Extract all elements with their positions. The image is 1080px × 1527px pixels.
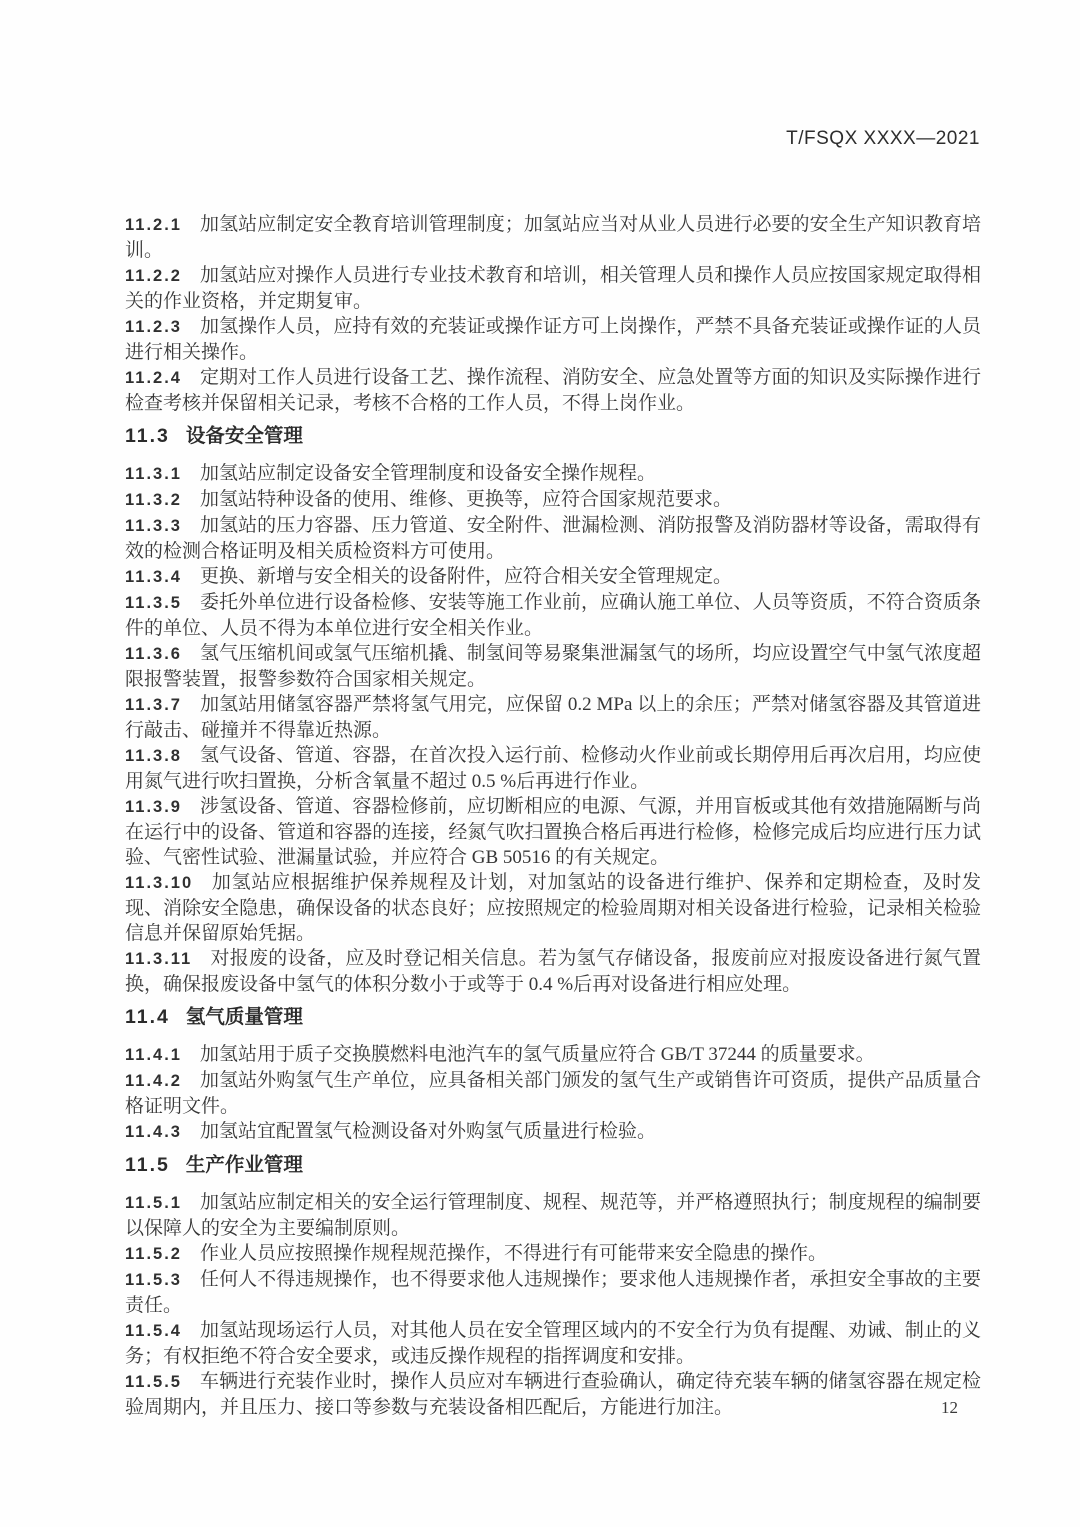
clause-11-4-1: 11.4.1加氢站用于质子交换膜燃料电池汽车的氢气质量应符合 GB/T 3724… bbox=[125, 1042, 981, 1068]
clause-number: 11.3.5 bbox=[125, 594, 182, 612]
clause-11-4-3: 11.4.3加氢站宜配置氢气检测设备对外购氢气质量进行检验。 bbox=[125, 1119, 981, 1145]
section-heading-11-3: 11.3设备安全管理 bbox=[125, 424, 981, 449]
clause-11-2-1: 11.2.1加氢站应制定安全教育培训管理制度；加氢站应当对从业人员进行必要的安全… bbox=[125, 212, 981, 263]
clause-number: 11.3.9 bbox=[125, 798, 182, 816]
clause-11-3-1: 11.3.1加氢站应制定设备安全管理制度和设备安全操作规程。 bbox=[125, 461, 981, 487]
clause-text: 加氢站现场运行人员，对其他人员在安全管理区域内的不安全行为负有提醒、劝诫、制止的… bbox=[125, 1320, 981, 1367]
clause-text: 定期对工作人员进行设备工艺、操作流程、消防安全、应急处置等方面的知识及实际操作进… bbox=[125, 367, 981, 414]
clause-text: 加氢站用储氢容器严禁将氢气用完，应保留 0.2 MPa 以上的余压；严禁对储氢容… bbox=[125, 694, 981, 741]
clause-11-3-4: 11.3.4更换、新增与安全相关的设备附件，应符合相关安全管理规定。 bbox=[125, 564, 981, 590]
clause-11-3-9: 11.3.9涉氢设备、管道、容器检修前，应切断相应的电源、气源，并用盲板或其他有… bbox=[125, 794, 981, 870]
clause-number: 11.3.6 bbox=[125, 645, 182, 663]
section-number: 11.5 bbox=[125, 1154, 170, 1176]
clause-number: 11.5.5 bbox=[125, 1373, 182, 1391]
section-number: 11.4 bbox=[125, 1006, 170, 1028]
clause-number: 11.3.2 bbox=[125, 491, 182, 509]
clause-11-3-3: 11.3.3加氢站的压力容器、压力管道、安全附件、泄漏检测、消防报警及消防器材等… bbox=[125, 513, 981, 564]
clause-number: 11.2.4 bbox=[125, 369, 182, 387]
section-heading-11-4: 11.4氢气质量管理 bbox=[125, 1005, 981, 1030]
clause-text: 加氢站应对操作人员进行专业技术教育和培训，相关管理人员和操作人员应按国家规定取得… bbox=[125, 265, 981, 312]
section-number: 11.3 bbox=[125, 425, 170, 447]
clause-11-2-2: 11.2.2加氢站应对操作人员进行专业技术教育和培训，相关管理人员和操作人员应按… bbox=[125, 263, 981, 314]
clause-number: 11.5.3 bbox=[125, 1271, 182, 1289]
page-number: 12 bbox=[941, 1398, 958, 1418]
clause-number: 11.3.11 bbox=[125, 950, 192, 968]
clause-text: 加氢站应制定相关的安全运行管理制度、规程、规范等，并严格遵照执行；制度规程的编制… bbox=[125, 1192, 981, 1239]
clause-text: 加氢站外购氢气生产单位，应具备相关部门颁发的氢气生产或销售许可资质，提供产品质量… bbox=[125, 1070, 981, 1117]
clause-text: 任何人不得违规操作，也不得要求他人违规操作；要求他人违规操作者，承担安全事故的主… bbox=[125, 1269, 981, 1316]
clause-text: 涉氢设备、管道、容器检修前，应切断相应的电源、气源，并用盲板或其他有效措施隔断与… bbox=[125, 796, 981, 868]
clause-number: 11.3.7 bbox=[125, 696, 182, 714]
clause-11-3-7: 11.3.7加氢站用储氢容器严禁将氢气用完，应保留 0.2 MPa 以上的余压；… bbox=[125, 692, 981, 743]
section-heading-11-5: 11.5生产作业管理 bbox=[125, 1153, 981, 1178]
clause-11-4-2: 11.4.2加氢站外购氢气生产单位，应具备相关部门颁发的氢气生产或销售许可资质，… bbox=[125, 1068, 981, 1119]
clause-11-3-5: 11.3.5委托外单位进行设备检修、安装等施工作业前，应确认施工单位、人员等资质… bbox=[125, 590, 981, 641]
clause-text: 委托外单位进行设备检修、安装等施工作业前，应确认施工单位、人员等资质，不符合资质… bbox=[125, 592, 981, 639]
clause-11-3-8: 11.3.8氢气设备、管道、容器，在首次投入运行前、检修动火作业前或长期停用后再… bbox=[125, 743, 981, 794]
section-title: 生产作业管理 bbox=[186, 1154, 303, 1176]
clause-text: 更换、新增与安全相关的设备附件，应符合相关安全管理规定。 bbox=[200, 566, 732, 587]
clause-11-5-4: 11.5.4加氢站现场运行人员，对其他人员在安全管理区域内的不安全行为负有提醒、… bbox=[125, 1318, 981, 1369]
doc-code-header: T/FSQX XXXX—2021 bbox=[125, 128, 980, 150]
clause-number: 11.2.1 bbox=[125, 216, 182, 234]
clause-text: 加氢操作人员，应持有效的充装证或操作证方可上岗操作，严禁不具备充装证或操作证的人… bbox=[125, 316, 981, 363]
clause-11-2-4: 11.2.4定期对工作人员进行设备工艺、操作流程、消防安全、应急处置等方面的知识… bbox=[125, 365, 981, 416]
clause-11-5-3: 11.5.3任何人不得违规操作，也不得要求他人违规操作；要求他人违规操作者，承担… bbox=[125, 1267, 981, 1318]
clause-text: 作业人员应按照操作规程规范操作，不得进行有可能带来安全隐患的操作。 bbox=[200, 1243, 827, 1264]
clause-number: 11.3.8 bbox=[125, 747, 182, 765]
clause-number: 11.3.3 bbox=[125, 517, 182, 535]
section-title: 氢气质量管理 bbox=[186, 1006, 303, 1028]
clause-number: 11.3.1 bbox=[125, 465, 182, 483]
document-page: T/FSQX XXXX—2021 11.2.1加氢站应制定安全教育培训管理制度；… bbox=[0, 0, 1080, 1527]
clause-number: 11.4.1 bbox=[125, 1046, 182, 1064]
clause-number: 11.2.3 bbox=[125, 318, 182, 336]
clause-11-5-5: 11.5.5车辆进行充装作业时，操作人员应对车辆进行查验确认，确定待充装车辆的储… bbox=[125, 1369, 981, 1420]
clause-text: 加氢站应制定设备安全管理制度和设备安全操作规程。 bbox=[200, 463, 656, 484]
clause-11-5-2: 11.5.2作业人员应按照操作规程规范操作，不得进行有可能带来安全隐患的操作。 bbox=[125, 1241, 981, 1267]
clause-text: 氢气压缩机间或氢气压缩机撬、制氢间等易聚集泄漏氢气的场所，均应设置空气中氢气浓度… bbox=[125, 643, 981, 690]
clause-11-2-3: 11.2.3加氢操作人员，应持有效的充装证或操作证方可上岗操作，严禁不具备充装证… bbox=[125, 314, 981, 365]
clause-number: 11.4.2 bbox=[125, 1072, 182, 1090]
clause-11-3-11: 11.3.11对报废的设备，应及时登记相关信息。若为氢气存储设备，报废前应对报废… bbox=[125, 946, 981, 997]
clause-number: 11.2.2 bbox=[125, 267, 182, 285]
clause-text: 对报废的设备，应及时登记相关信息。若为氢气存储设备，报废前应对报废设备进行氮气置… bbox=[125, 948, 981, 995]
clause-text: 加氢站特种设备的使用、维修、更换等，应符合国家规范要求。 bbox=[200, 489, 732, 510]
clause-number: 11.3.4 bbox=[125, 568, 182, 586]
clause-number: 11.4.3 bbox=[125, 1123, 182, 1141]
clause-text: 车辆进行充装作业时，操作人员应对车辆进行查验确认，确定待充装车辆的储氢容器在规定… bbox=[125, 1371, 981, 1418]
clause-11-3-2: 11.3.2加氢站特种设备的使用、维修、更换等，应符合国家规范要求。 bbox=[125, 487, 981, 513]
clause-text: 氢气设备、管道、容器，在首次投入运行前、检修动火作业前或长期停用后再次启用，均应… bbox=[125, 745, 981, 792]
clause-11-3-10: 11.3.10加氢站应根据维护保养规程及计划，对加氢站的设备进行维护、保养和定期… bbox=[125, 870, 981, 946]
clause-text: 加氢站宜配置氢气检测设备对外购氢气质量进行检验。 bbox=[200, 1121, 656, 1142]
clause-text: 加氢站用于质子交换膜燃料电池汽车的氢气质量应符合 GB/T 37244 的质量要… bbox=[200, 1044, 875, 1065]
clause-text: 加氢站的压力容器、压力管道、安全附件、泄漏检测、消防报警及消防器材等设备，需取得… bbox=[125, 515, 981, 562]
clause-11-5-1: 11.5.1加氢站应制定相关的安全运行管理制度、规程、规范等，并严格遵照执行；制… bbox=[125, 1190, 981, 1241]
section-title: 设备安全管理 bbox=[186, 425, 303, 447]
document-body: 11.2.1加氢站应制定安全教育培训管理制度；加氢站应当对从业人员进行必要的安全… bbox=[125, 212, 981, 1420]
clause-number: 11.5.4 bbox=[125, 1322, 182, 1340]
clause-text: 加氢站应制定安全教育培训管理制度；加氢站应当对从业人员进行必要的安全生产知识教育… bbox=[125, 214, 981, 261]
clause-number: 11.5.1 bbox=[125, 1194, 182, 1212]
clause-text: 加氢站应根据维护保养规程及计划，对加氢站的设备进行维护、保养和定期检查，及时发现… bbox=[125, 872, 981, 944]
clause-11-3-6: 11.3.6氢气压缩机间或氢气压缩机撬、制氢间等易聚集泄漏氢气的场所，均应设置空… bbox=[125, 641, 981, 692]
clause-number: 11.5.2 bbox=[125, 1245, 182, 1263]
clause-number: 11.3.10 bbox=[125, 874, 193, 892]
